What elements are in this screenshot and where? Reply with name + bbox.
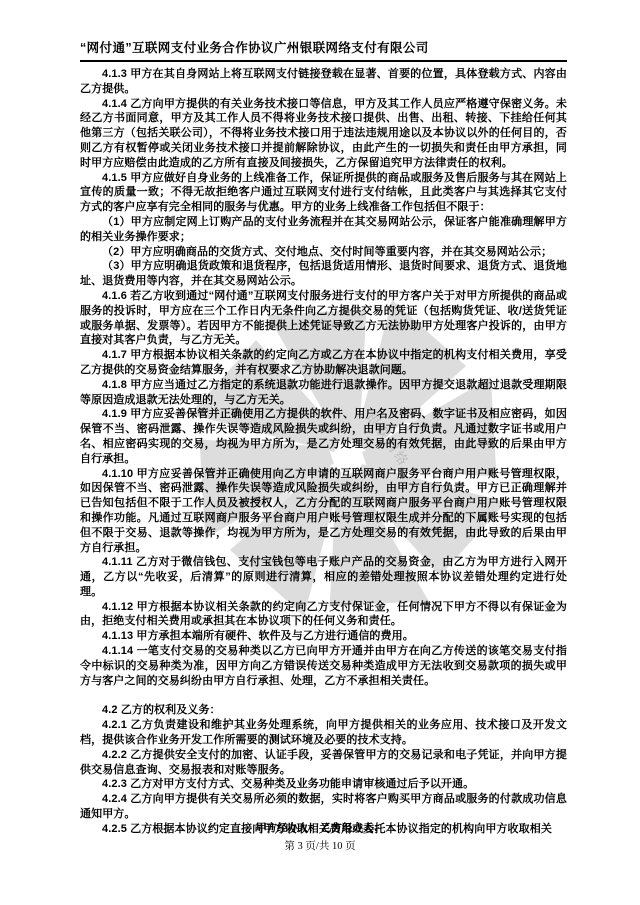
page-number: 第 3 页/共 10 页 xyxy=(0,838,640,853)
paragraph: （2）甲方应明确商品的交货方式、交付地点、交付时间等重要内容，并在其交易网站公示… xyxy=(80,245,567,260)
paragraph: 4.1.3 甲方在其自身网站上将互联网支付链接登载在显著、首要的位置，具体登载方… xyxy=(80,67,567,97)
paragraph: 4.1.6 若乙方收到通过“网付通”互联网支付服务进行支付的甲方客户关于对甲方所… xyxy=(80,289,567,348)
paragraph: 4.1.4 乙方向甲方提供的有关业务技术接口等信息，甲方及其工作人员应严格遵守保… xyxy=(80,97,567,171)
paragraph: 4.2.4 乙方向甲方提供有关交易所必须的数据，实时将客户购买甲方商品或服务的付… xyxy=(80,792,567,822)
paragraph: 4.1.8 甲方应当通过乙方指定的系统退款功能进行退款操作。因甲方提交退款超过退… xyxy=(80,378,567,408)
document-title: “网付通”互联网支付业务合作协议广州银联网络支付有限公司 xyxy=(80,38,567,62)
paragraph: 4.1.13 甲方承担本端所有硬件、软件及与乙方进行通信的费用。 xyxy=(80,629,567,644)
paragraph-list: 4.1.3 甲方在其自身网站上将互联网支付链接登载在显著、首要的位置，具体登载方… xyxy=(80,67,567,837)
paragraph: （3）甲方应明确退货政策和退货程序，包括退货适用情形、退货时间要求、退货方式、退… xyxy=(80,259,567,289)
document-content: “网付通”互联网支付业务合作协议广州银联网络支付有限公司 4.1.3 甲方在其自… xyxy=(80,38,567,837)
paragraph: 4.1.12 甲方根据本协议相关条款的约定向乙方支付保证金，任何情况下甲方不得以… xyxy=(80,600,567,630)
footer-handlers: 甲方经办人：乙方经办人： xyxy=(0,820,640,835)
paragraph: 4.1.14 一笔支付交易的交易种类以乙方已向甲方开通并由甲方在向乙方传送的该笔… xyxy=(80,644,567,688)
paragraph: 4.1.11 乙方对于微信钱包、支付宝钱包等电子账户产品的交易资金，由乙方为甲方… xyxy=(80,555,567,599)
paragraph: 4.2.3 乙方对甲方支付方式、交易种类及业务功能申请审核通过后予以开通。 xyxy=(80,777,567,792)
paragraph: 4.1.5 甲方应做好自身业务的上线准备工作，保证所提供的商品或服务及售后服务与… xyxy=(80,171,567,215)
paragraph: 4.2.2 乙方提供安全支付的加密、认证手段，妥善保管甲方的交易记录和电子凭证，… xyxy=(80,748,567,778)
document-page: 银联网络 “网付通”互联网支付业务合作协议广州银联网络支付有限公司 4.1.3 … xyxy=(0,0,640,905)
paragraph: 4.1.9 甲方应妥善保管并正确使用乙方提供的软件、用户名及密码、数字证书及相应… xyxy=(80,407,567,466)
party-a-handler-label: 甲方经办人： xyxy=(256,822,319,834)
paragraph: 4.2.1 乙方负责建设和维护其业务处理系统，向甲方提供相关的业务应用、技术接口… xyxy=(80,718,567,748)
paragraph: 4.2 乙方的权利及义务： xyxy=(80,703,567,718)
paragraph: （1）甲方应制定网上订购产品的支付业务流程并在其交易网站公示，保证客户能准确理解… xyxy=(80,215,567,245)
paragraph: 4.1.10 甲方应妥善保管并正确使用向乙方申请的互联网商户服务平台商户用户账号… xyxy=(80,467,567,556)
paragraph: 4.1.7 甲方根据本协议相关条款的约定向乙方或乙方在本协议中指定的机构支付相关… xyxy=(80,348,567,378)
party-b-handler-label: 乙方经办人： xyxy=(321,822,384,834)
